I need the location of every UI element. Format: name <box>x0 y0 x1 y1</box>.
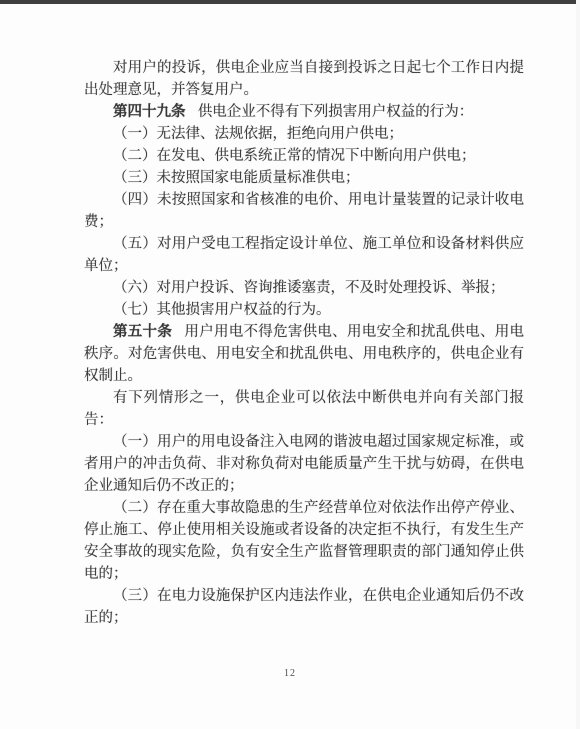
article-number: 第五十条 <box>113 324 172 340</box>
text-line: 告： <box>84 409 524 431</box>
text-line: （五）对用户受电工程指定设计单位、施工单位和设备材料供应 <box>84 233 524 255</box>
text-line: （四）未按照国家和省核准的电价、用电计量装置的记录计收电 <box>84 189 524 211</box>
text-line: 权制止。 <box>84 365 524 387</box>
article-number: 第四十九条 <box>113 104 186 120</box>
text-line: （二）存在重大事故隐患的生产经营单位对依法作出停产停业、 <box>84 497 524 519</box>
text-line: 第五十条用户用电不得危害供电、用电安全和扰乱供电、用电 <box>84 321 524 343</box>
page-number: 12 <box>0 668 580 679</box>
text-line: （七）其他损害用户权益的行为。 <box>84 299 524 321</box>
scan-artifact-right-edge <box>576 0 580 729</box>
text-line: 出处理意见，并答复用户。 <box>84 79 524 101</box>
text-line: （二）在发电、供电系统正常的情况下中断向用户供电； <box>84 145 524 167</box>
text-line: 企业通知后仍不改正的； <box>84 475 524 497</box>
text-line: （一）无法律、法规依据，拒绝向用户供电； <box>84 123 524 145</box>
text-line: 有下列情形之一，供电企业可以依法中断供电并向有关部门报 <box>84 387 524 409</box>
text-line: 对用户的投诉，供电企业应当自接到投诉之日起七个工作日内提 <box>84 57 524 79</box>
text-line: 单位； <box>84 255 524 277</box>
text-line: 安全事故的现实危险，负有安全生产监督管理职责的部门通知停止供 <box>84 541 524 563</box>
text-line: （六）对用户投诉、咨询推诿塞责，不及时处理投诉、举报； <box>84 277 524 299</box>
text-line: 停止施工、停止使用相关设施或者设备的决定拒不执行，有发生生产 <box>84 519 524 541</box>
text-line: 第四十九条供电企业不得有下列损害用户权益的行为： <box>84 101 524 123</box>
text-line: 秩序。对危害供电、用电安全和扰乱供电、用电秩序的，供电企业有 <box>84 343 524 365</box>
scan-artifact-top-bar <box>0 0 580 4</box>
text-line: （三）未按照国家电能质量标准供电； <box>84 167 524 189</box>
text-line: 者用户的冲击负荷、非对称负荷对电能质量产生干扰与妨碍，在供电 <box>84 453 524 475</box>
document-body-text: 对用户的投诉，供电企业应当自接到投诉之日起七个工作日内提出处理意见，并答复用户。… <box>84 57 524 629</box>
text-line: （三）在电力设施保护区内违法作业，在供电企业通知后仍不改 <box>84 585 524 607</box>
text-line: 费； <box>84 211 524 233</box>
text-line: 电的； <box>84 563 524 585</box>
text-line: 正的； <box>84 607 524 629</box>
text-line: （一）用户的用电设备注入电网的谐波电超过国家规定标准，或 <box>84 431 524 453</box>
